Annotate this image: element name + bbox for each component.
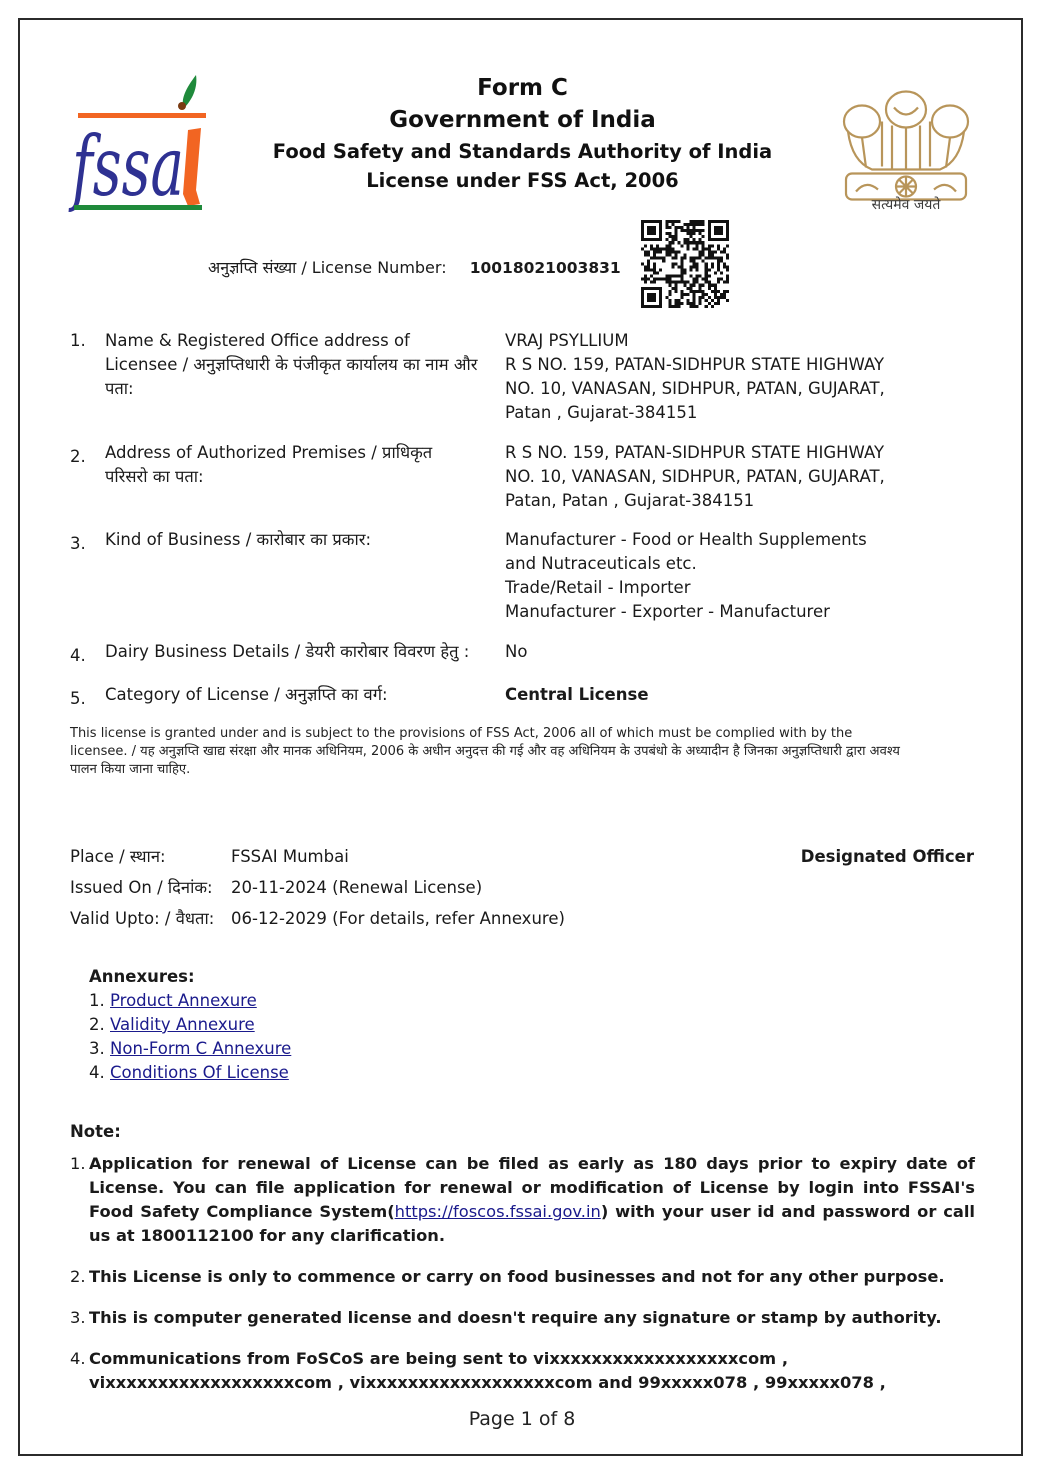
note-item: 2. This License is only to commence or c…: [70, 1265, 975, 1289]
authority-title: Food Safety and Standards Authority of I…: [250, 137, 795, 166]
field-value-line: Patan, Patan , Gujarat-384151: [505, 489, 915, 513]
note-text: This is computer generated license and d…: [89, 1306, 975, 1330]
note-item: 1. Application for renewal of License ca…: [70, 1152, 975, 1248]
qr-code: [641, 220, 729, 308]
place-label: Place / स्थान:: [70, 841, 231, 872]
svg-text:fssa: fssa: [68, 120, 184, 215]
note-text: Communications from FoSCoS are being sen…: [89, 1347, 975, 1395]
annexure-item: 1. Product Annexure: [89, 989, 291, 1013]
foscos-link[interactable]: https://foscos.fssai.gov.in: [395, 1202, 601, 1221]
field-value-line: VRAJ PSYLLIUM: [505, 329, 915, 353]
field-label: Dairy Business Details / डेयरी कारोबार व…: [105, 640, 480, 664]
field-value-line: R S NO. 159, PATAN-SIDHPUR STATE HIGHWAY: [505, 353, 915, 377]
field-number: 2.: [70, 445, 86, 469]
validity-annexure-link[interactable]: Validity Annexure: [110, 1015, 255, 1034]
field-value: VRAJ PSYLLIUMR S NO. 159, PATAN-SIDHPUR …: [505, 329, 915, 425]
field-value-line: No: [505, 640, 915, 664]
field-value-line: NO. 10, VANASAN, SIDHPUR, PATAN, GUJARAT…: [505, 465, 915, 489]
license-number-value: 10018021003831: [470, 259, 621, 277]
emblem-motto: सत्यमेव जयते: [836, 195, 976, 214]
note-item: 3. This is computer generated license an…: [70, 1306, 975, 1330]
field-value-line: and Nutraceuticals etc.: [505, 552, 915, 576]
field-value: R S NO. 159, PATAN-SIDHPUR STATE HIGHWAY…: [505, 441, 915, 513]
field-value-line: Manufacturer - Food or Health Supplement…: [505, 528, 915, 552]
license-number-row: अनुज्ञप्ति संख्या / License Number: 1001…: [208, 256, 621, 278]
field-number: 1.: [70, 329, 86, 353]
field-value: Manufacturer - Food or Health Supplement…: [505, 528, 915, 624]
annexure-number: 2.: [89, 1015, 105, 1034]
issued-row: Issued On / दिनांक: 20-11-2024 (Renewal …: [70, 872, 565, 903]
conditions-of-license-link[interactable]: Conditions Of License: [110, 1063, 289, 1082]
issued-value: 20-11-2024 (Renewal License): [231, 872, 482, 903]
license-meta: Place / स्थान: FSSAI Mumbai Issued On / …: [70, 841, 565, 934]
field-label: Kind of Business / कारोबार का प्रकार:: [105, 528, 480, 552]
issued-label: Issued On / दिनांक:: [70, 872, 231, 903]
form-title: Form C: [250, 72, 795, 104]
field-label: Address of Authorized Premises / प्राधिक…: [105, 441, 480, 489]
note-number: 3.: [70, 1306, 89, 1330]
valid-label: Valid Upto: / वैधता:: [70, 903, 231, 934]
annexure-item: 3. Non-Form C Annexure: [89, 1037, 291, 1061]
field-number: 3.: [70, 532, 86, 556]
note-number: 1.: [70, 1152, 89, 1248]
government-title: Government of India: [250, 104, 795, 137]
note-text: Application for renewal of License can b…: [89, 1152, 975, 1248]
note-number: 4.: [70, 1347, 89, 1395]
note-heading: Note:: [70, 1120, 121, 1144]
field-value: Central License: [505, 683, 915, 707]
annexure-number: 3.: [89, 1039, 105, 1058]
valid-row: Valid Upto: / वैधता: 06-12-2029 (For det…: [70, 903, 565, 934]
annexures-title: Annexures:: [89, 965, 291, 989]
place-value: FSSAI Mumbai: [231, 841, 349, 872]
field-value-line: NO. 10, VANASAN, SIDHPUR, PATAN, GUJARAT…: [505, 377, 915, 401]
field-value-line: Patan , Gujarat-384151: [505, 401, 915, 425]
notes-list: 1. Application for renewal of License ca…: [70, 1152, 975, 1412]
place-row: Place / स्थान: FSSAI Mumbai: [70, 841, 565, 872]
field-label: Category of License / अनुज्ञप्ति का वर्ग…: [105, 683, 480, 707]
act-title: License under FSS Act, 2006: [250, 166, 795, 195]
disclaimer-text: This license is granted under and is sub…: [70, 725, 900, 779]
valid-value: 06-12-2029 (For details, refer Annexure): [231, 903, 565, 934]
national-emblem: [832, 74, 980, 214]
field-value-line: Trade/Retail - Importer: [505, 576, 915, 600]
annexures: Annexures: 1. Product Annexure 2. Validi…: [89, 965, 291, 1085]
annexure-number: 4.: [89, 1063, 105, 1082]
non-form-c-annexure-link[interactable]: Non-Form C Annexure: [110, 1039, 291, 1058]
designated-officer: Designated Officer: [801, 841, 974, 872]
license-number-label: अनुज्ञप्ति संख्या / License Number:: [208, 258, 447, 277]
annexure-item: 4. Conditions Of License: [89, 1061, 291, 1085]
field-label: Name & Registered Office address of Lice…: [105, 329, 480, 401]
product-annexure-link[interactable]: Product Annexure: [110, 991, 257, 1010]
fssai-logo: fssa: [68, 70, 213, 215]
annexure-number: 1.: [89, 991, 105, 1010]
note-text: This License is only to commence or carr…: [89, 1265, 975, 1289]
page-number: Page 1 of 8: [0, 1408, 1044, 1430]
annexure-item: 2. Validity Annexure: [89, 1013, 291, 1037]
field-number: 5.: [70, 687, 86, 711]
field-value-line: R S NO. 159, PATAN-SIDHPUR STATE HIGHWAY: [505, 441, 915, 465]
field-number: 4.: [70, 644, 86, 668]
field-value-line: Central License: [505, 683, 915, 707]
field-value: No: [505, 640, 915, 664]
field-value-line: Manufacturer - Exporter - Manufacturer: [505, 600, 915, 624]
header-titles: Form C Government of India Food Safety a…: [250, 72, 795, 195]
note-number: 2.: [70, 1265, 89, 1289]
note-item: 4. Communications from FoSCoS are being …: [70, 1347, 975, 1395]
